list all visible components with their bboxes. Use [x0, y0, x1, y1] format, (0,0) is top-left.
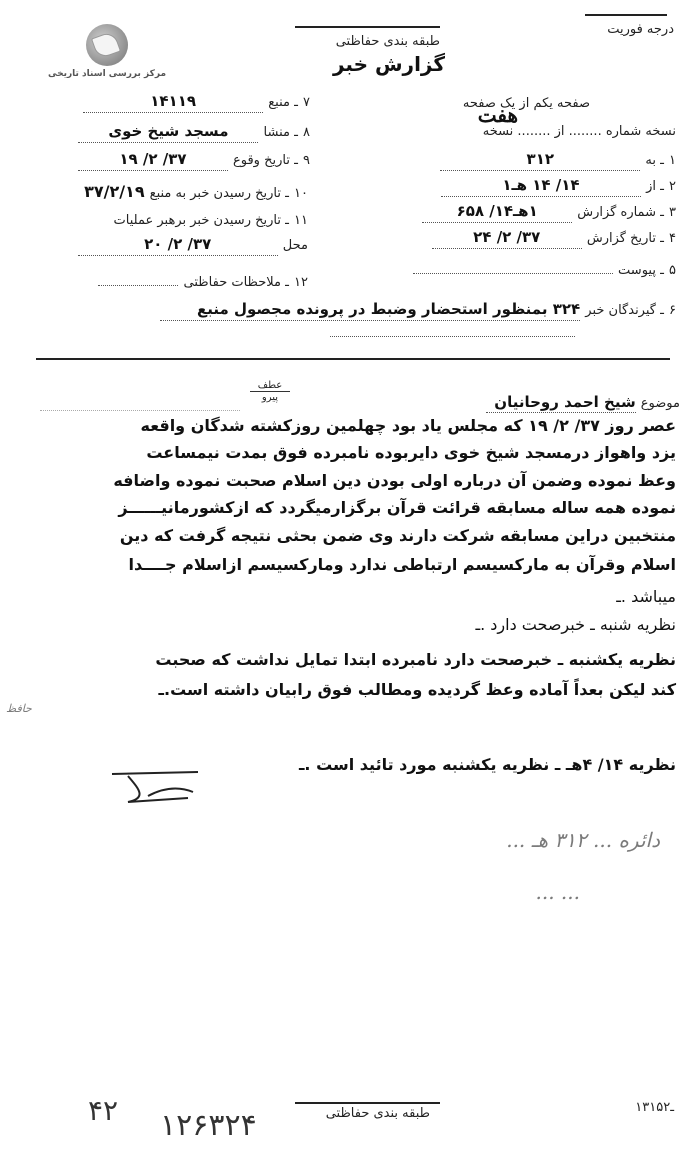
classification-rule [295, 26, 440, 28]
fields-left: ۷ ـ منبع ۱۴۱۱۹ ۸ ـ منشا مسجد شیخ خوی ۹ ـ… [10, 90, 310, 170]
assessment-final: نظریه ۱۴/ ۴هـ ـ نظریه یکشنبه مورد تائید … [299, 755, 676, 774]
reference-box: عطف پیرو [250, 380, 290, 403]
field-source-value: ۱۴۱۱۹ [83, 90, 263, 113]
field-origin: ۸ ـ منشا مسجد شیخ خوی [10, 120, 310, 142]
field-from: ۲ ـ از ۱۴/ ۱۴ هـ۱ [376, 174, 676, 196]
archive-number: ۱۲۶۳۲۴ [160, 1108, 257, 1143]
field-recipients-value: ۳۲۴ بمنظور استحضار وضبط در پرونده مجصول … [160, 298, 580, 321]
body-line: عصر روز ۳۷/ ۲/ ۱۹ که مجلس یاد بود چهلمین… [140, 416, 676, 435]
field-source: ۷ ـ منبع ۱۴۱۱۹ [10, 90, 310, 112]
urgency-label: درجه فوریت [607, 22, 674, 37]
field-location-value: ۳۷/ ۲/ ۲۰ [78, 233, 278, 256]
reference-bottom: پیرو [250, 392, 290, 403]
field-security-notes-value [98, 285, 178, 286]
footer-classification-label: طبقه بندی حفاظتی [326, 1106, 430, 1121]
copy-info: نسخه شماره ........ از ........ نسخه [483, 124, 676, 139]
field-date-received-ops: ۱۱ ـ تاریخ رسیدن خبر برهبر عملیات [114, 208, 308, 232]
margin-note: حافظ [6, 702, 32, 715]
fields-right: ۱ ـ به ۳۱۲ ۲ ـ از ۱۴/ ۱۴ هـ۱ ۳ ـ شماره گ… [376, 148, 676, 280]
body-line: نموده همه ساله مسابقه قرائت قرآن برگزارم… [118, 498, 676, 517]
page-number: ۴۲ [88, 1094, 118, 1127]
field-event-date-value: ۳۷/ ۲/ ۱۹ [78, 148, 228, 171]
footer-classification-rule [295, 1102, 440, 1104]
assessment-saturday: نظریه شنبه ـ خبرصحت دارد .ـ [475, 615, 676, 634]
field-attachment-value [413, 273, 613, 274]
document-title: گزارش خبر [333, 52, 445, 76]
field-report-number-value: ۱هـ۱۴/ ۶۵۸ [422, 200, 572, 223]
handwritten-note: ... ... [535, 880, 580, 904]
field-date-received-source: ۱۰ ـ تاریخ رسیدن خبر به منبع ۳۷/۲/۱۹ [84, 181, 308, 205]
dotted-line [330, 336, 575, 337]
book-logo-icon [86, 24, 128, 66]
assessment-sunday: نظریه یکشنبه ـ خبرصحت دارد نامبرده ابتدا… [155, 650, 676, 669]
section-divider [36, 358, 670, 360]
handwritten-note: دائره ... ۳۱۲ هـ ... [506, 828, 660, 852]
subject-line: موضوع شیخ احمد روحانیان [486, 392, 680, 414]
reference-top: عطف [250, 380, 290, 392]
field-location: محل ۳۷/ ۲/ ۲۰ [78, 233, 308, 257]
field-from-value: ۱۴/ ۱۴ هـ۱ [441, 174, 641, 197]
body-line: یزد واهواز درمسجد شیخ خوی دایربوده نامبر… [146, 443, 676, 462]
body-line: وعظ نموده وضمن آن درباره اولی بودن دین ا… [113, 471, 676, 490]
field-attachment: ۵ ـ پیوست [376, 258, 676, 280]
logo-text: مرکز بررسی اسناد تاریخی [48, 69, 166, 79]
signature-icon [108, 768, 208, 808]
field-to-value: ۳۱۲ [440, 148, 640, 171]
form-code: ۱۳۱ـ۵۲ [635, 1100, 674, 1115]
field-to: ۱ ـ به ۳۱۲ [376, 148, 676, 170]
reference-dots [40, 410, 240, 411]
field-security-notes: ۱۲ ـ ملاحظات حفاظتی [98, 270, 308, 294]
assessment-sunday-cont: کند لیکن بعداً آماده وعظ گردیده ومطالب ف… [159, 680, 676, 699]
body-line: اسلام وقرآن به مارکسیسم ارتباطی ندارد وم… [128, 555, 676, 574]
body-line: منتخبین دراین مسابقه شرکت دارند وی ضمن ب… [120, 526, 676, 545]
classification-label: طبقه بندی حفاظتی [336, 34, 440, 49]
field-recipients: ۶ ـ گیرندگان خبر ۳۲۴ بمنظور استحضار وضبط… [160, 298, 676, 322]
archive-logo: مرکز بررسی اسناد تاریخی [48, 24, 166, 79]
field-report-number: ۳ ـ شماره گزارش ۱هـ۱۴/ ۶۵۸ [376, 200, 676, 222]
field-report-date-value: ۳۷/ ۲/ ۲۴ [432, 226, 582, 249]
field-date-received-source-value: ۳۷/۲/۱۹ [84, 182, 145, 201]
subject-label: موضوع [641, 396, 680, 411]
field-event-date: ۹ ـ تاریخ وقوع ۳۷/ ۲/ ۱۹ [10, 148, 310, 170]
urgency-rule [585, 14, 667, 16]
subject-value: شیخ احمد روحانیان [486, 392, 636, 413]
field-report-date: ۴ ـ تاریخ گزارش ۳۷/ ۲/ ۲۴ [376, 226, 676, 248]
body-line: میباشد .ـ [616, 587, 676, 606]
field-origin-value: مسجد شیخ خوی [78, 120, 258, 143]
